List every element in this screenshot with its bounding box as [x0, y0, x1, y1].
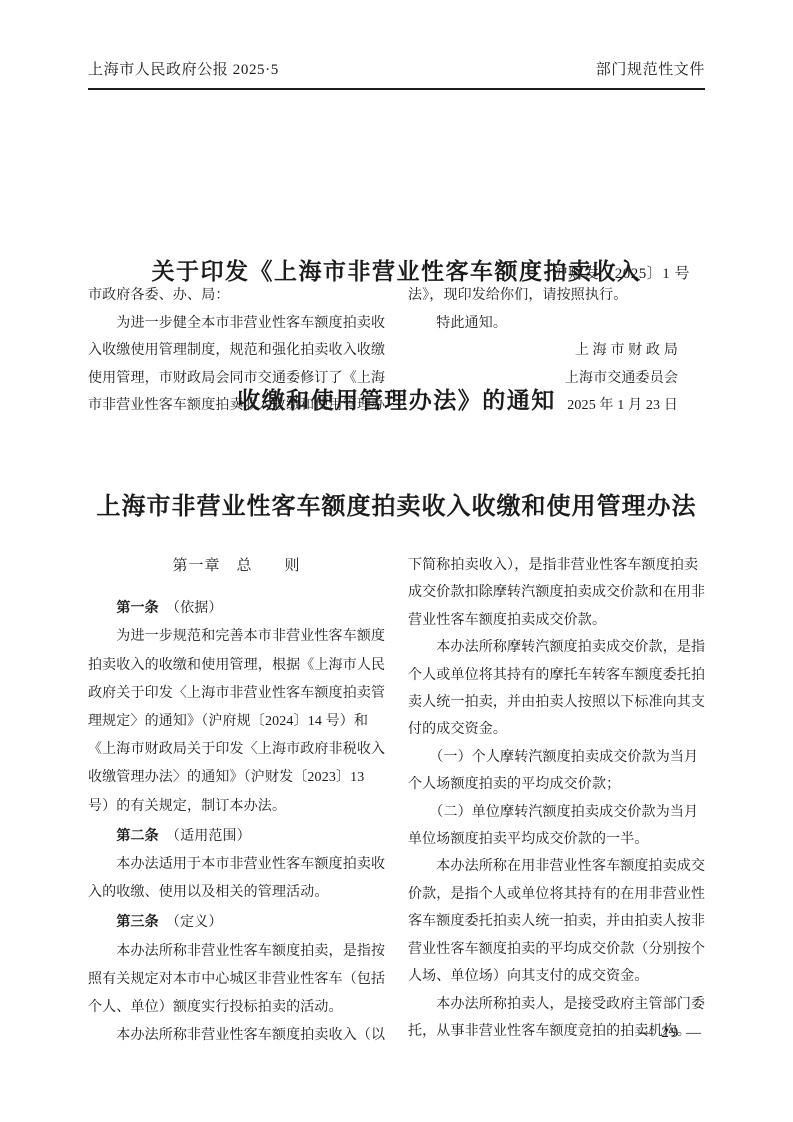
text-segment: 营业性客车额度拍卖的平均成交价款（分别按个: [408, 942, 705, 957]
text-segment: 本办法所称在用非营业性客车额度拍卖成交: [408, 859, 705, 874]
text-segment: 特此通知。: [408, 316, 507, 331]
text-segment: 价款，是指个人或单位将其持有的在用非营业性: [408, 887, 705, 902]
text-line: 本办法所称拍卖人，是接受政府主管部门委: [408, 991, 705, 1018]
text-segment: 为进一步健全本市非营业性客车额度拍卖收: [88, 316, 385, 331]
text-segment: 卖人统一拍卖，并由拍卖人按照以下标准向其支: [408, 695, 705, 710]
text-line: 拍卖收入的收缴和使用管理，根据《上海市人民: [88, 652, 385, 680]
text-segment: 客车额度委托拍卖人统一拍卖，并由拍卖人按非: [408, 914, 705, 929]
text-line: 单位场额度拍卖平均成交价款的一半。: [408, 826, 705, 853]
text-line: 入收缴使用管理制度，规范和强化拍卖收入收缴: [88, 337, 385, 365]
page-header: 上海市人民政府公报 2025·5 部门规范性文件: [88, 58, 705, 90]
text-line: 本办法所称非营业性客车额度拍卖，是指按: [88, 938, 385, 966]
text-line: （一）个人摩转汽额度拍卖成交价款为当月: [408, 744, 705, 771]
text-line: 2025 年 1 月 23 日: [408, 392, 678, 420]
notice-body: 市政府各委、办、局： 为进一步健全本市非营业性客车额度拍卖收入收缴使用管理制度，…: [88, 282, 705, 420]
text-segment: 下简称拍卖收入），是指非营业性客车额度拍卖: [408, 558, 698, 573]
header-right-text: 部门规范性文件: [596, 58, 705, 79]
text-line: 第三条 （定义）: [88, 907, 385, 937]
text-segment: 本办法所称拍卖人，是接受政府主管部门委: [408, 997, 705, 1012]
text-segment: 市政府各委、办、局：: [88, 288, 230, 303]
text-segment: 个人、单位）额度实行投标拍卖的活动。: [88, 1000, 343, 1015]
document-number: 沪财发〔2025〕1 号: [88, 262, 705, 283]
article-number: 第二条: [116, 827, 158, 843]
text-line: 特此通知。: [408, 310, 705, 338]
text-segment: 照有关规定对本市中心城区非营业性客车（包括: [88, 972, 385, 987]
text-segment: 2025 年 1 月 23 日: [567, 398, 678, 413]
text-segment: 《上海市财政局关于印发〈上海市政府非税收入: [88, 742, 385, 757]
text-segment: （适用范围）: [159, 829, 251, 844]
text-line: 本办法适用于本市非营业性客车额度拍卖收: [88, 851, 385, 879]
regulation-title: 上海市非营业性客车额度拍卖收入收缴和使用管理办法: [0, 486, 793, 521]
text-segment: 上海市交通委员会: [565, 371, 678, 386]
text-line: 理规定〉的通知》（沪府规〔2024〕14 号）和: [88, 708, 385, 736]
header-left-text: 上海市人民政府公报 2025·5: [88, 58, 279, 79]
text-line: 个人或单位将其持有的摩托车转客车额度委托拍: [408, 662, 705, 689]
text-segment: 第一章 总 则: [172, 558, 300, 574]
regulation-body: 第一章 总 则 第一条 （依据） 为进一步规范和完善本市非营业性客车额度拍卖收入…: [88, 552, 705, 1050]
notice-right-column: 法》，现印发给你们，请按照执行。 特此通知。 上 海 市 财 政 局上海市交通委…: [408, 282, 705, 420]
notice-right-lines: 法》，现印发给你们，请按照执行。 特此通知。: [408, 282, 705, 337]
text-line: 本办法所称摩转汽额度拍卖成交价款，是指: [408, 634, 705, 661]
text-segment: 政府关于印发〈上海市非营业性客车额度拍卖管: [88, 686, 385, 701]
text-line: 营业性客车额度拍卖成交价款。: [408, 607, 705, 634]
text-segment: 收缴管理办法〉的通知》（沪财发〔2023〕13: [88, 770, 364, 785]
text-segment: 理规定〉的通知》（沪府规〔2024〕14 号）和: [88, 714, 368, 729]
text-segment: 使用管理，市财政局会同市交通委修订了《上海: [88, 371, 385, 386]
text-segment: [88, 915, 116, 930]
text-line: 收缴管理办法〉的通知》（沪财发〔2023〕13: [88, 764, 385, 792]
text-segment: 法》，现印发给你们，请按照执行。: [408, 288, 627, 303]
text-segment: 个人场额度拍卖的平均成交价款；: [408, 777, 620, 792]
text-line: 市政府各委、办、局：: [88, 282, 385, 310]
signature-block: 上 海 市 财 政 局上海市交通委员会2025 年 1 月 23 日: [408, 337, 705, 420]
text-segment: 号）的有关规定，制订本办法。: [88, 799, 286, 814]
text-line: 人场、单位场）向其支付的成交资金。: [408, 963, 705, 990]
text-line: 《上海市财政局关于印发〈上海市政府非税收入: [88, 736, 385, 764]
text-line: （二）单位摩转汽额度拍卖成交价款为当月: [408, 799, 705, 826]
text-segment: （一）个人摩转汽额度拍卖成交价款为当月: [408, 750, 698, 765]
text-line: 号）的有关规定，制订本办法。: [88, 793, 385, 821]
text-segment: 市非营业性客车额度拍卖收入收缴和使用管理办: [88, 398, 385, 413]
text-line: 市非营业性客车额度拍卖收入收缴和使用管理办: [88, 392, 385, 420]
text-line: 为进一步规范和完善本市非营业性客车额度: [88, 623, 385, 651]
text-line: 使用管理，市财政局会同市交通委修订了《上海: [88, 365, 385, 393]
regulation-right-column: 下简称拍卖收入），是指非营业性客车额度拍卖成交价款扣除摩转汽额度拍卖成交价款和在…: [408, 552, 705, 1050]
text-segment: 个人或单位将其持有的摩托车转客车额度委托拍: [408, 668, 705, 683]
text-line: 下简称拍卖收入），是指非营业性客车额度拍卖: [408, 552, 705, 579]
text-segment: [88, 601, 116, 616]
text-segment: 本办法所称摩转汽额度拍卖成交价款，是指: [408, 640, 705, 655]
text-segment: 为进一步规范和完善本市非营业性客车额度: [88, 629, 385, 644]
text-line: 法》，现印发给你们，请按照执行。: [408, 282, 705, 310]
text-line: 上海市交通委员会: [408, 365, 678, 393]
text-segment: 拍卖收入的收缴和使用管理，根据《上海市人民: [88, 658, 385, 673]
gazette-page: 上海市人民政府公报 2025·5 部门规范性文件 关于印发《上海市非营业性客车额…: [0, 0, 793, 1122]
regulation-left-column: 第一章 总 则 第一条 （依据） 为进一步规范和完善本市非营业性客车额度拍卖收入…: [88, 552, 385, 1050]
text-segment: 人场、单位场）向其支付的成交资金。: [408, 969, 649, 984]
text-line: 卖人统一拍卖，并由拍卖人按照以下标准向其支: [408, 689, 705, 716]
text-line: 付的成交资金。: [408, 716, 705, 743]
article-number: 第三条: [116, 913, 158, 929]
text-segment: 成交价款扣除摩转汽额度拍卖成交价款和在用非: [408, 585, 705, 600]
text-line: 为进一步健全本市非营业性客车额度拍卖收: [88, 310, 385, 338]
text-line: 上 海 市 财 政 局: [408, 337, 678, 365]
text-segment: 付的成交资金。: [408, 722, 507, 737]
text-line: 入的收缴、使用以及相关的管理活动。: [88, 879, 385, 907]
text-segment: 入收缴使用管理制度，规范和强化拍卖收入收缴: [88, 343, 385, 358]
page-number: — 29 —: [88, 1025, 705, 1042]
article-number: 第一条: [116, 599, 158, 615]
notice-left-column: 市政府各委、办、局： 为进一步健全本市非营业性客车额度拍卖收入收缴使用管理制度，…: [88, 282, 385, 420]
text-line: 个人、单位）额度实行投标拍卖的活动。: [88, 994, 385, 1022]
text-line: 第一章 总 则: [88, 552, 385, 580]
text-segment: 入的收缴、使用以及相关的管理活动。: [88, 885, 329, 900]
text-segment: 营业性客车额度拍卖成交价款。: [408, 613, 606, 628]
text-segment: （定义）: [159, 915, 223, 930]
text-segment: （二）单位摩转汽额度拍卖成交价款为当月: [408, 805, 698, 820]
text-line: 政府关于印发〈上海市非营业性客车额度拍卖管: [88, 680, 385, 708]
text-line: 照有关规定对本市中心城区非营业性客车（包括: [88, 966, 385, 994]
text-line: 成交价款扣除摩转汽额度拍卖成交价款和在用非: [408, 579, 705, 606]
text-segment: 本办法所称非营业性客车额度拍卖，是指按: [88, 944, 385, 959]
text-line: 第二条 （适用范围）: [88, 821, 385, 851]
text-segment: [88, 829, 116, 844]
text-line: 营业性客车额度拍卖的平均成交价款（分别按个: [408, 936, 705, 963]
text-line: 客车额度委托拍卖人统一拍卖，并由拍卖人按非: [408, 908, 705, 935]
text-line: 价款，是指个人或单位将其持有的在用非营业性: [408, 881, 705, 908]
text-segment: （依据）: [159, 601, 223, 616]
text-line: 个人场额度拍卖的平均成交价款；: [408, 771, 705, 798]
text-segment: 本办法适用于本市非营业性客车额度拍卖收: [88, 857, 385, 872]
text-segment: 上 海 市 财 政 局: [575, 343, 678, 358]
text-segment: 单位场额度拍卖平均成交价款的一半。: [408, 832, 649, 847]
text-line: 第一条 （依据）: [88, 593, 385, 623]
text-line: 本办法所称在用非营业性客车额度拍卖成交: [408, 853, 705, 880]
